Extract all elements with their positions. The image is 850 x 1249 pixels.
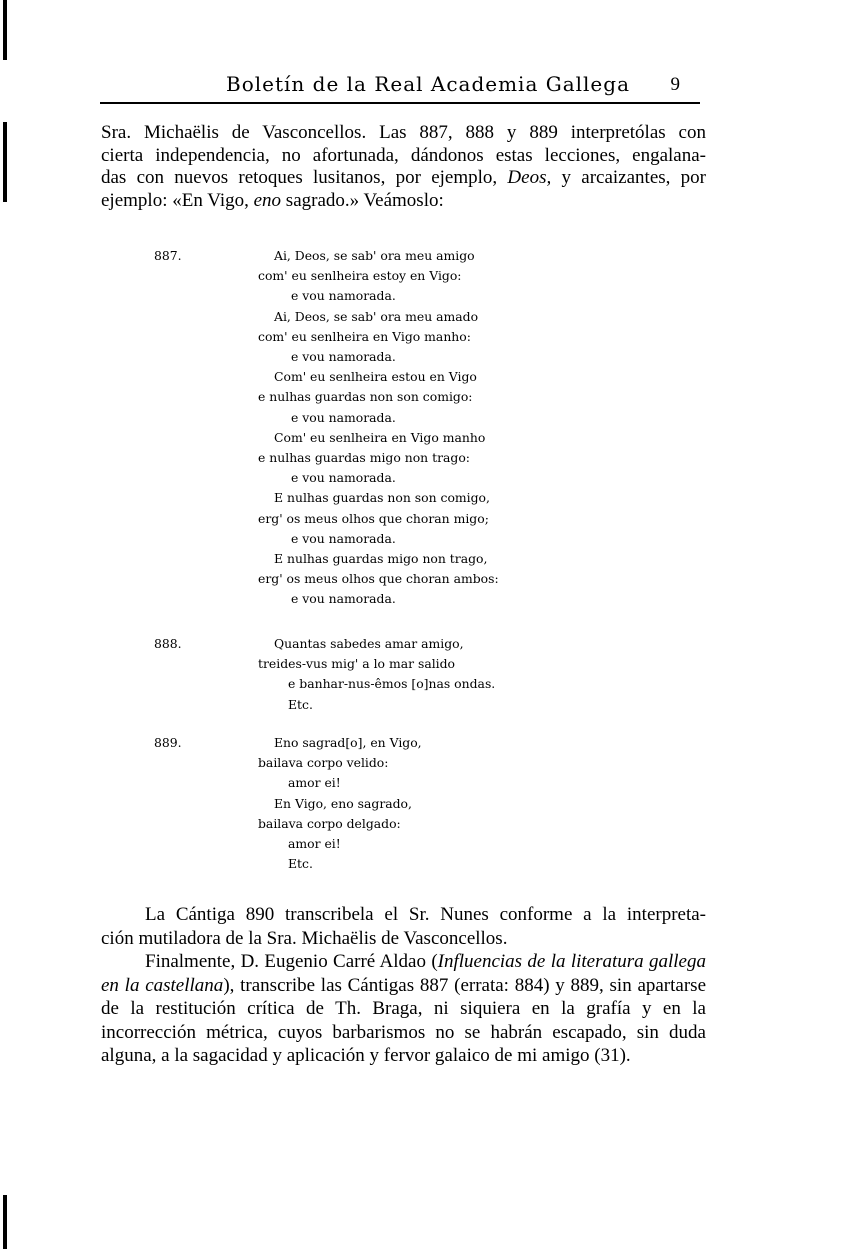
poem-line: com' eu senlheira en Vigo manho: (214, 327, 499, 347)
intro-line-4-rest: sagrado.» Veámoslo: (281, 190, 444, 211)
poem-line: e vou namorada. (214, 347, 499, 367)
poem-line: 889.Eno sagrad[o], en Vigo, (214, 733, 422, 753)
poem-line: Com' eu senlheira estou en Vigo (214, 367, 499, 387)
poem-887: 887.Ai, Deos, se sab' ora meu amigo com'… (214, 246, 499, 610)
intro-line-4-text: ejemplo: «En Vigo, (101, 190, 254, 211)
poem-line: Ai, Deos, se sab' ora meu amado (214, 307, 499, 327)
poem-line: e nulhas guardas migo non trago: (214, 448, 499, 468)
poem-line: e vou namorada. (214, 468, 499, 488)
intro-line-3: das con nuevos retoques lusitanos, por e… (101, 167, 706, 190)
intro-line-3-rest: y arcaizantes, por (551, 167, 706, 188)
poem-line: e vou namorada. (214, 529, 499, 549)
poem-line: treides-vus mig' a lo mar salido (214, 654, 495, 674)
italic-deos: Deos, (507, 167, 551, 188)
closing-text: La Cántiga 890 transcribela el Sr. Nunes… (101, 903, 706, 1068)
paragraph-cantiga-890: La Cántiga 890 transcribela el Sr. Nunes… (101, 903, 706, 927)
poem-888: 888.Quantas sabedes amar amigo, treides-… (214, 634, 495, 715)
italic-eno: eno (254, 190, 281, 211)
intro-paragraph: Sra. Michaëlis de Vasconcellos. Las 887,… (101, 122, 706, 212)
poem-line: com' eu senlheira estoy en Vigo: (214, 266, 499, 286)
scan-edge-top (3, 0, 7, 60)
poem-line: amor ei! (214, 773, 422, 793)
poem-889: 889.Eno sagrad[o], en Vigo, bailava corp… (214, 733, 422, 874)
poem-line: amor ei! (214, 834, 422, 854)
poem-line: e vou namorada. (214, 589, 499, 609)
poem-line: E nulhas guardas migo non trago, (214, 549, 499, 569)
intro-line-2: cierta independencia, no afortunada, dán… (101, 145, 706, 168)
journal-title: Boletín de la Real Academia Gallega (226, 72, 630, 96)
poem-number: 887. (154, 246, 194, 266)
poem-line: bailava corpo delgado: (214, 814, 422, 834)
poem-line: erg' os meus olhos que choran ambos: (214, 569, 499, 589)
paragraph-cantiga-890-cont: ción mutiladora de la Sra. Michaëlis de … (101, 927, 706, 951)
scan-edge-bottom (3, 1195, 7, 1249)
running-header: Boletín de la Real Academia Gallega 9 (100, 70, 700, 104)
poem-line: e banhar-nus-êmos [o]nas ondas. (214, 674, 495, 694)
poem-line: erg' os meus olhos que choran migo; (214, 509, 499, 529)
paragraph-finalmente: Finalmente, D. Eugenio Carré Aldao (Infl… (101, 950, 706, 1068)
poem-line: En Vigo, eno sagrado, (214, 794, 422, 814)
intro-line-3-text: das con nuevos retoques lusitanos, por e… (101, 167, 507, 188)
poem-line: Com' eu senlheira en Vigo manho (214, 428, 499, 448)
poem-line: 887.Ai, Deos, se sab' ora meu amigo (214, 246, 499, 266)
scan-edge-mid (3, 122, 7, 202)
poem-line: e vou namorada. (214, 408, 499, 428)
poem-number: 888. (154, 634, 194, 654)
intro-line-4: ejemplo: «En Vigo, eno sagrado.» Veámosl… (101, 190, 706, 213)
poem-line: e nulhas guardas non son comigo: (214, 387, 499, 407)
page-number: 9 (671, 74, 681, 96)
p1-line1: La Cántiga 890 transcribela el Sr. Nunes… (145, 904, 706, 925)
poem-line: Etc. (214, 854, 422, 874)
intro-line-1: Sra. Michaëlis de Vasconcellos. Las 887,… (101, 122, 706, 145)
poem-line: e vou namorada. (214, 286, 499, 306)
poem-number: 889. (154, 733, 194, 753)
poem-line: bailava corpo velido: (214, 753, 422, 773)
poem-line: Etc. (214, 695, 495, 715)
p2-start: Finalmente, D. Eugenio Carré Aldao ( (145, 951, 438, 972)
poem-line: 888.Quantas sabedes amar amigo, (214, 634, 495, 654)
poem-line: E nulhas guardas non son comigo, (214, 488, 499, 508)
